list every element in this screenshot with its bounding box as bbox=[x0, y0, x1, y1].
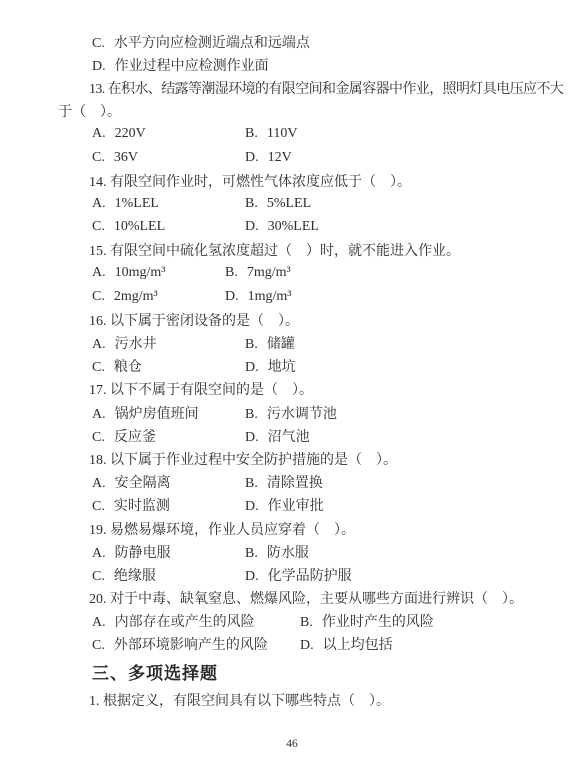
question-stem: 20. 对于中毒、缺氧窒息、燃爆风险，主要从哪些方面进行辨识（ ）。 bbox=[58, 587, 564, 610]
option-row: A. 10mg/m³ B. 7mg/m³ bbox=[58, 262, 564, 285]
option-label: A. bbox=[92, 476, 106, 492]
option-label: D. bbox=[245, 499, 259, 515]
option-row: C. 水平方向应检测近端点和远端点 bbox=[58, 30, 564, 53]
option-text: 污水调节池 bbox=[267, 403, 337, 423]
option-label: C. bbox=[92, 430, 105, 446]
question-stem: 17. 以下不属于有限空间的是（ ）。 bbox=[58, 378, 564, 401]
option-text: 内部存在或产生的风险 bbox=[115, 611, 255, 631]
option-c: C. 粮仓 bbox=[92, 356, 245, 376]
option-row: C. 10%LEL D. 30%LEL bbox=[58, 216, 564, 239]
option-a: A. 防静电服 bbox=[92, 542, 245, 562]
option-c: C. 2mg/m³ bbox=[92, 289, 225, 305]
option-d: D. 作业过程中应检测作业面 bbox=[92, 55, 269, 75]
option-label: D. bbox=[300, 638, 314, 654]
option-d: D. 1mg/m³ bbox=[225, 289, 292, 305]
option-label: A. bbox=[92, 407, 106, 423]
option-row: D. 作业过程中应检测作业面 bbox=[58, 53, 564, 76]
option-row: C. 绝缘服 D. 化学品防护服 bbox=[58, 563, 564, 586]
option-text: 化学品防护服 bbox=[268, 565, 352, 585]
option-label: A. bbox=[92, 615, 106, 631]
option-d: D. 30%LEL bbox=[245, 219, 319, 235]
option-text: 以上均包括 bbox=[323, 634, 393, 654]
option-row: A. 220V B. 110V bbox=[58, 123, 564, 146]
option-row: A. 锅炉房值班间 B. 污水调节池 bbox=[58, 401, 564, 424]
option-label: A. bbox=[92, 196, 106, 212]
option-row: A. 安全隔离 B. 清除置换 bbox=[58, 471, 564, 494]
option-text: 7mg/m³ bbox=[247, 265, 291, 281]
option-label: B. bbox=[245, 126, 258, 142]
option-text: 作业审批 bbox=[268, 495, 324, 515]
option-label: A. bbox=[92, 126, 106, 142]
option-text: 污水井 bbox=[115, 333, 157, 353]
option-text: 沼气池 bbox=[268, 426, 310, 446]
option-label: A. bbox=[92, 546, 106, 562]
option-c: C. 实时监测 bbox=[92, 495, 245, 515]
option-text: 防静电服 bbox=[115, 542, 171, 562]
option-b: B. 7mg/m³ bbox=[225, 265, 291, 281]
question-stem: 18. 以下属于作业过程中安全防护措施的是（ ）。 bbox=[58, 447, 564, 470]
option-text: 水平方向应检测近端点和远端点 bbox=[114, 32, 310, 52]
document-page: C. 水平方向应检测近端点和远端点 D. 作业过程中应检测作业面 13. 在积水… bbox=[0, 0, 584, 778]
option-c: C. 10%LEL bbox=[92, 219, 245, 235]
option-label: B. bbox=[245, 476, 258, 492]
option-text: 外部环境影响产生的风险 bbox=[114, 634, 268, 654]
option-label: B. bbox=[245, 196, 258, 212]
option-text: 储罐 bbox=[267, 333, 295, 353]
option-text: 清除置换 bbox=[267, 472, 323, 492]
option-label: D. bbox=[92, 59, 106, 75]
option-label: B. bbox=[245, 546, 258, 562]
option-label: D. bbox=[225, 289, 239, 305]
option-label: D. bbox=[245, 569, 259, 585]
option-b: B. 110V bbox=[245, 126, 297, 142]
option-text: 30%LEL bbox=[268, 219, 319, 235]
option-label: C. bbox=[92, 569, 105, 585]
option-text: 10%LEL bbox=[114, 219, 165, 235]
option-b: B. 5%LEL bbox=[245, 196, 311, 212]
question-stem: 13. 在积水、结露等潮湿环境的有限空间和金属容器中作业，照明灯具电压应不大 bbox=[58, 76, 564, 99]
option-b: B. 作业时产生的风险 bbox=[300, 611, 434, 631]
question-1-stem: 1. 根据定义，有限空间具有以下哪些特点（ ）。 bbox=[58, 688, 564, 711]
option-text: 110V bbox=[267, 126, 298, 142]
option-text: 1mg/m³ bbox=[248, 289, 292, 305]
option-label: A. bbox=[92, 265, 106, 281]
question-14: 14. 有限空间作业时，可燃性气体浓度应低于（ ）。 A. 1%LEL B. 5… bbox=[58, 169, 564, 239]
option-text: 220V bbox=[115, 126, 146, 142]
option-c: C. 外部环境影响产生的风险 bbox=[92, 634, 300, 654]
option-text: 反应釜 bbox=[114, 426, 156, 446]
section-heading: 三、多项选择题 bbox=[58, 658, 564, 684]
option-text: 绝缘服 bbox=[114, 565, 156, 585]
option-d: D. 12V bbox=[245, 150, 292, 166]
option-row: C. 外部环境影响产生的风险 D. 以上均包括 bbox=[58, 633, 564, 656]
option-b: B. 储罐 bbox=[245, 333, 295, 353]
question-stem: 14. 有限空间作业时，可燃性气体浓度应低于（ ）。 bbox=[58, 169, 564, 192]
option-label: D. bbox=[245, 360, 259, 376]
question-16: 16. 以下属于密闭设备的是（ ）。 A. 污水井 B. 储罐 C. 粮仓 D.… bbox=[58, 308, 564, 378]
question-stem: 16. 以下属于密闭设备的是（ ）。 bbox=[58, 308, 564, 331]
question-15: 15. 有限空间中硫化氢浓度超过（ ）时，就不能进入作业。 A. 10mg/m³… bbox=[58, 239, 564, 309]
option-b: B. 污水调节池 bbox=[245, 403, 337, 423]
option-text: 36V bbox=[114, 150, 138, 166]
option-label: C. bbox=[92, 638, 105, 654]
option-row: A. 内部存在或产生的风险 B. 作业时产生的风险 bbox=[58, 610, 564, 633]
page-number: 46 bbox=[0, 738, 584, 754]
option-text: 实时监测 bbox=[114, 495, 170, 515]
option-label: C. bbox=[92, 360, 105, 376]
option-a: A. 污水井 bbox=[92, 333, 245, 353]
option-text: 2mg/m³ bbox=[114, 289, 158, 305]
option-d: D. 以上均包括 bbox=[300, 634, 393, 654]
option-text: 作业时产生的风险 bbox=[322, 611, 434, 631]
option-text: 5%LEL bbox=[267, 196, 311, 212]
option-d: D. 化学品防护服 bbox=[245, 565, 352, 585]
option-a: A. 220V bbox=[92, 126, 245, 142]
option-label: C. bbox=[92, 499, 105, 515]
option-row: C. 反应釜 D. 沼气池 bbox=[58, 424, 564, 447]
question-13: 13. 在积水、结露等潮湿环境的有限空间和金属容器中作业，照明灯具电压应不大 于… bbox=[58, 76, 564, 169]
option-b: B. 清除置换 bbox=[245, 472, 323, 492]
option-a: A. 10mg/m³ bbox=[92, 265, 225, 281]
option-row: A. 污水井 B. 储罐 bbox=[58, 331, 564, 354]
option-c: C. 水平方向应检测近端点和远端点 bbox=[92, 32, 310, 52]
option-label: B. bbox=[300, 615, 313, 631]
option-label: C. bbox=[92, 289, 105, 305]
option-text: 安全隔离 bbox=[115, 472, 171, 492]
option-row: C. 实时监测 D. 作业审批 bbox=[58, 494, 564, 517]
option-row: C. 2mg/m³ D. 1mg/m³ bbox=[58, 285, 564, 308]
option-d: D. 地坑 bbox=[245, 356, 296, 376]
question-18: 18. 以下属于作业过程中安全防护措施的是（ ）。 A. 安全隔离 B. 清除置… bbox=[58, 447, 564, 517]
question-stem: 15. 有限空间中硫化氢浓度超过（ ）时，就不能进入作业。 bbox=[58, 239, 564, 262]
option-label: C. bbox=[92, 150, 105, 166]
question-19: 19. 易燃易爆环境，作业人员应穿着（ ）。 A. 防静电服 B. 防水服 C.… bbox=[58, 517, 564, 587]
option-row: C. 粮仓 D. 地坑 bbox=[58, 355, 564, 378]
option-a: A. 内部存在或产生的风险 bbox=[92, 611, 300, 631]
option-label: D. bbox=[245, 430, 259, 446]
option-label: D. bbox=[245, 219, 259, 235]
question-stem: 19. 易燃易爆环境，作业人员应穿着（ ）。 bbox=[58, 517, 564, 540]
option-label: D. bbox=[245, 150, 259, 166]
option-label: B. bbox=[225, 265, 238, 281]
option-text: 10mg/m³ bbox=[115, 265, 166, 281]
option-row: A. 1%LEL B. 5%LEL bbox=[58, 192, 564, 215]
question-20: 20. 对于中毒、缺氧窒息、燃爆风险，主要从哪些方面进行辨识（ ）。 A. 内部… bbox=[58, 587, 564, 657]
option-b: B. 防水服 bbox=[245, 542, 309, 562]
option-d: D. 沼气池 bbox=[245, 426, 310, 446]
option-c: C. 36V bbox=[92, 150, 245, 166]
option-label: A. bbox=[92, 337, 106, 353]
option-text: 作业过程中应检测作业面 bbox=[115, 55, 269, 75]
question-17: 17. 以下不属于有限空间的是（ ）。 A. 锅炉房值班间 B. 污水调节池 C… bbox=[58, 378, 564, 448]
option-a: A. 1%LEL bbox=[92, 196, 245, 212]
option-a: A. 锅炉房值班间 bbox=[92, 403, 245, 423]
question-stem-continuation: 于（ ）。 bbox=[58, 100, 564, 123]
option-a: A. 安全隔离 bbox=[92, 472, 245, 492]
option-text: 地坑 bbox=[268, 356, 296, 376]
option-text: 1%LEL bbox=[115, 196, 159, 212]
option-text: 12V bbox=[268, 150, 292, 166]
option-label: C. bbox=[92, 36, 105, 52]
option-d: D. 作业审批 bbox=[245, 495, 324, 515]
option-text: 锅炉房值班间 bbox=[115, 403, 199, 423]
option-text: 防水服 bbox=[267, 542, 309, 562]
option-text: 粮仓 bbox=[114, 356, 142, 376]
option-row: C. 36V D. 12V bbox=[58, 146, 564, 169]
option-c: C. 反应釜 bbox=[92, 426, 245, 446]
option-label: B. bbox=[245, 337, 258, 353]
option-row: A. 防静电服 B. 防水服 bbox=[58, 540, 564, 563]
option-label: C. bbox=[92, 219, 105, 235]
option-label: B. bbox=[245, 407, 258, 423]
option-c: C. 绝缘服 bbox=[92, 565, 245, 585]
